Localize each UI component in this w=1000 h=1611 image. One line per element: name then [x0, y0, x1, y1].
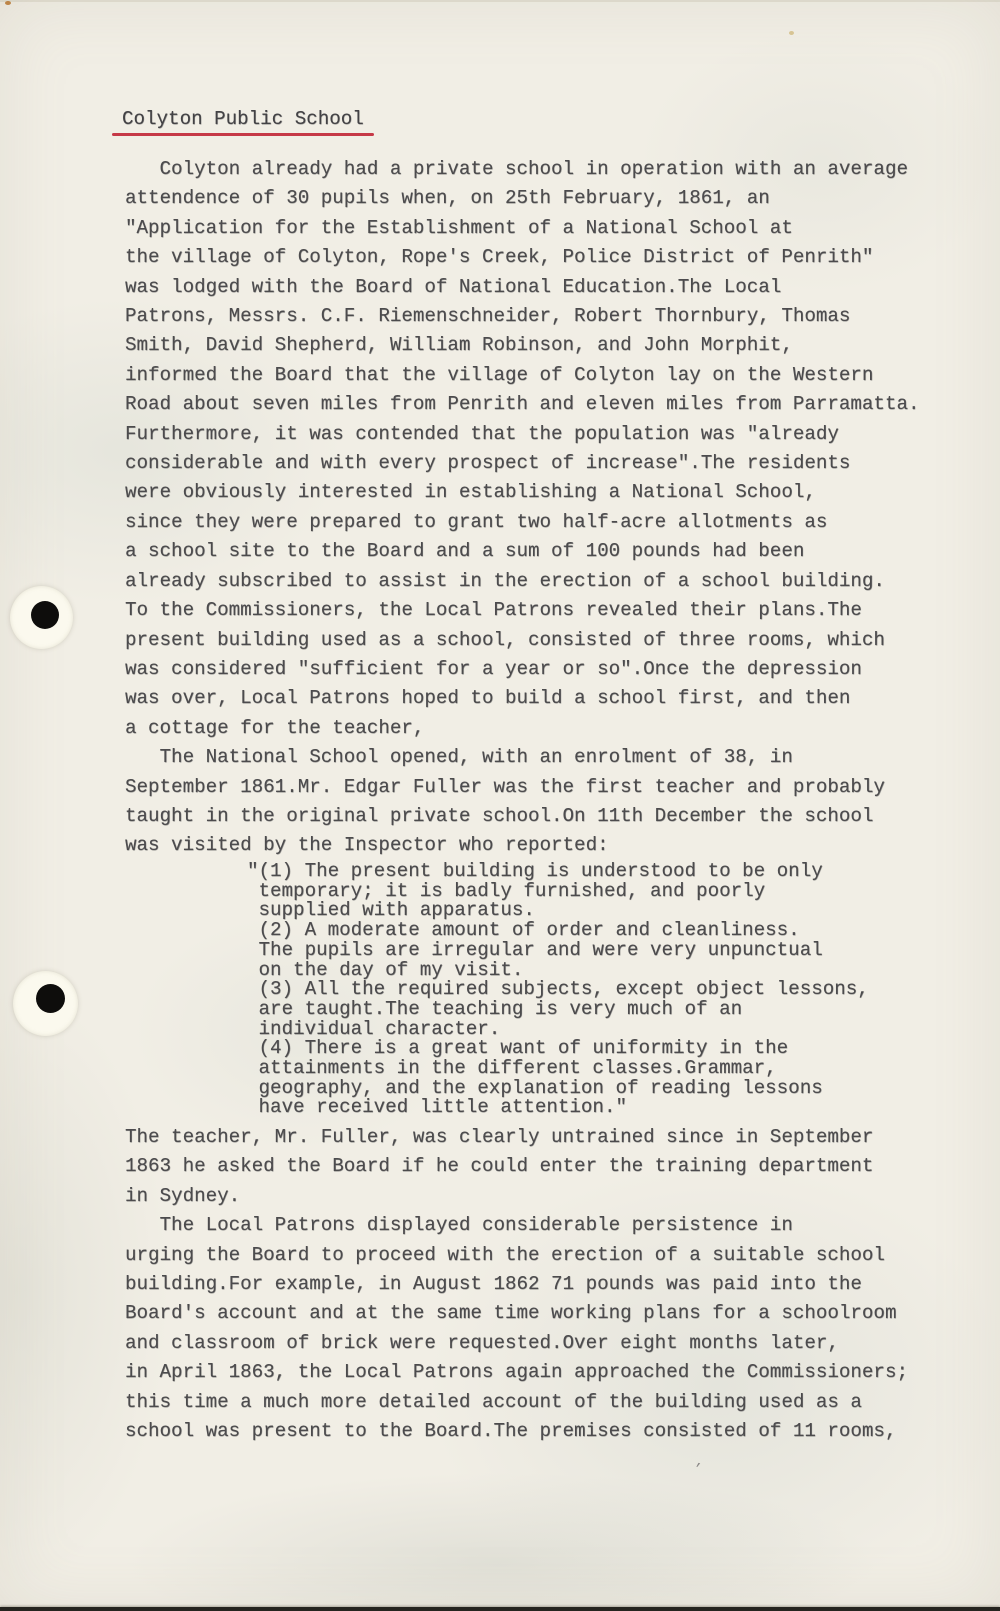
body-text-top: Colyton already had a private school in … [125, 155, 920, 861]
hole-punch-bottom [13, 971, 78, 1036]
body-text-bottom: The teacher, Mr. Fuller, was clearly unt… [125, 1123, 908, 1446]
stray-ink-mark: ’ [691, 1461, 703, 1478]
document-title: Colyton Public School [122, 107, 364, 131]
hole-punch-top [10, 586, 73, 649]
paper-speck-top-left [5, 1, 11, 5]
title-underline [112, 133, 374, 136]
inspector-report-quote: "(1) The present building is understood … [247, 862, 869, 1118]
hole-punch-bottom-center [36, 984, 65, 1013]
paper-speck-top-right [789, 31, 794, 35]
document-page: Colyton Public School Colyton already ha… [0, 0, 1000, 1611]
hole-punch-top-center [31, 601, 59, 629]
scan-edge-bottom [0, 1607, 1000, 1611]
